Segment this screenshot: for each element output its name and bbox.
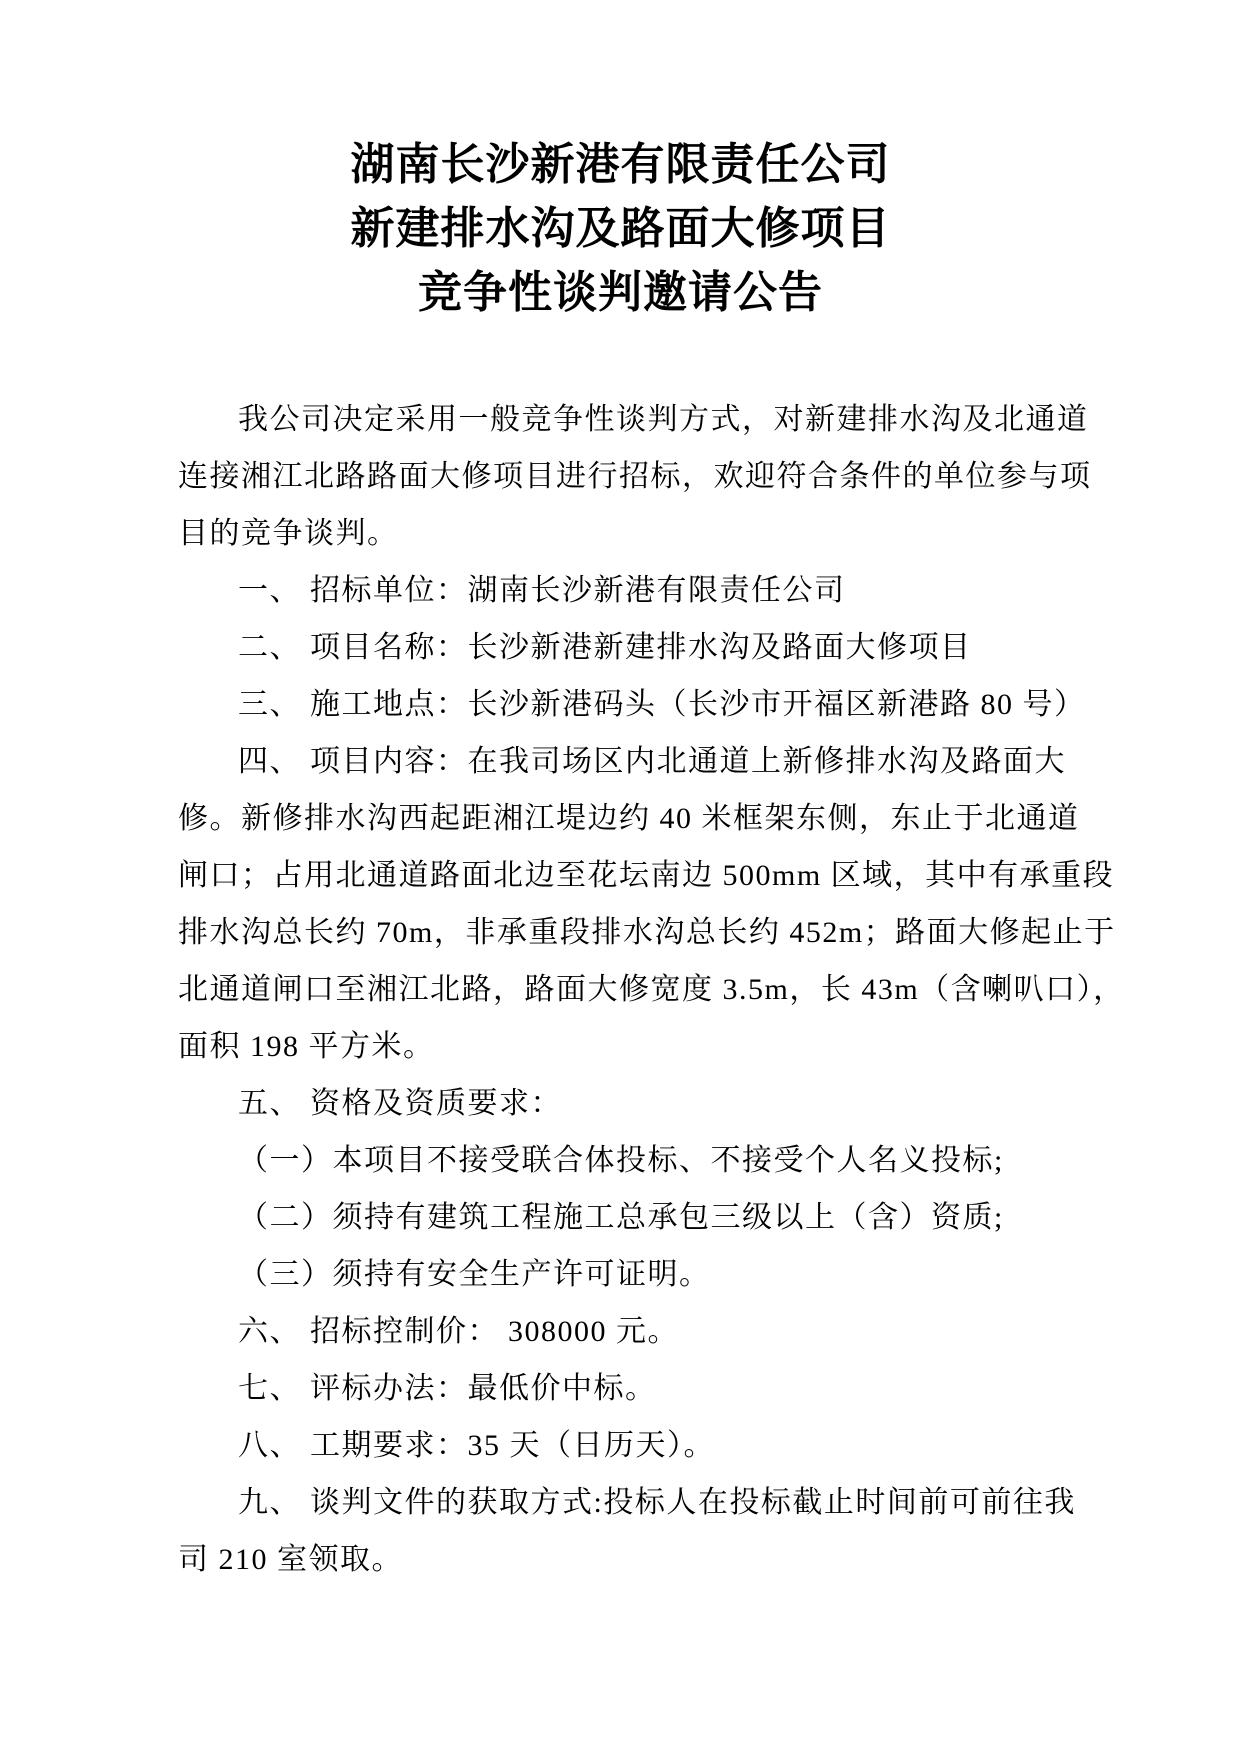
item-document-obtainment-line-1: 九、 谈判文件的获取方式:投标人在投标截止时间前可前往我 xyxy=(178,1474,1073,1531)
item-construction-site: 三、 施工地点：长沙新港码头（长沙市开福区新港路 80 号） xyxy=(178,676,1073,733)
document-title: 湖南长沙新港有限责任公司 新建排水沟及路面大修项目 竞争性谈判邀请公告 xyxy=(0,0,1241,325)
title-line-company: 湖南长沙新港有限责任公司 xyxy=(0,133,1241,197)
item-document-obtainment-line-2: 司 210 室领取。 xyxy=(178,1531,1073,1588)
item-tender-unit: 一、 招标单位：湖南长沙新港有限责任公司 xyxy=(178,562,1073,619)
item-qualification-heading: 五、 资格及资质要求： xyxy=(178,1075,1073,1132)
qualification-clause-1: （一）本项目不接受联合体投标、不接受个人名义投标; xyxy=(178,1132,1073,1189)
item-project-content-line-2: 修。新修排水沟西起距湘江堤边约 40 米框架东侧，东止于北通道 xyxy=(178,790,1073,847)
item-evaluation-method: 七、 评标办法：最低价中标。 xyxy=(178,1360,1073,1417)
intro-line-1: 我公司决定采用一般竞争性谈判方式，对新建排水沟及北通道 xyxy=(178,391,1073,448)
title-line-project: 新建排水沟及路面大修项目 xyxy=(0,197,1241,261)
document-body: 我公司决定采用一般竞争性谈判方式，对新建排水沟及北通道 连接湘江北路路面大修项目… xyxy=(0,391,1241,1588)
qualification-clause-3: （三）须持有安全生产许可证明。 xyxy=(178,1246,1073,1303)
item-project-content-line-5: 北通道闸口至湘江北路，路面大修宽度 3.5m，长 43m（含喇叭口）， xyxy=(178,961,1073,1018)
item-project-content-line-1: 四、 项目内容：在我司场区内北通道上新修排水沟及路面大 xyxy=(178,733,1073,790)
intro-line-2: 连接湘江北路路面大修项目进行招标，欢迎符合条件的单位参与项 xyxy=(178,448,1073,505)
qualification-clause-2: （二）须持有建筑工程施工总承包三级以上（含）资质; xyxy=(178,1189,1073,1246)
item-project-content-line-6: 面积 198 平方米。 xyxy=(178,1018,1073,1075)
item-control-price: 六、 招标控制价： 308000 元。 xyxy=(178,1303,1073,1360)
intro-line-3: 目的竞争谈判。 xyxy=(178,505,1073,562)
item-project-content-line-4: 排水沟总长约 70m，非承重段排水沟总长约 452m；路面大修起止于 xyxy=(178,904,1073,961)
document-page: 湖南长沙新港有限责任公司 新建排水沟及路面大修项目 竞争性谈判邀请公告 我公司决… xyxy=(0,0,1241,1754)
item-project-name: 二、 项目名称：长沙新港新建排水沟及路面大修项目 xyxy=(178,619,1073,676)
item-project-content-line-3: 闸口；占用北通道路面北边至花坛南边 500mm 区域，其中有承重段 xyxy=(178,847,1073,904)
title-line-announcement: 竞争性谈判邀请公告 xyxy=(0,261,1241,325)
item-construction-period: 八、 工期要求：35 天（日历天）。 xyxy=(178,1417,1073,1474)
